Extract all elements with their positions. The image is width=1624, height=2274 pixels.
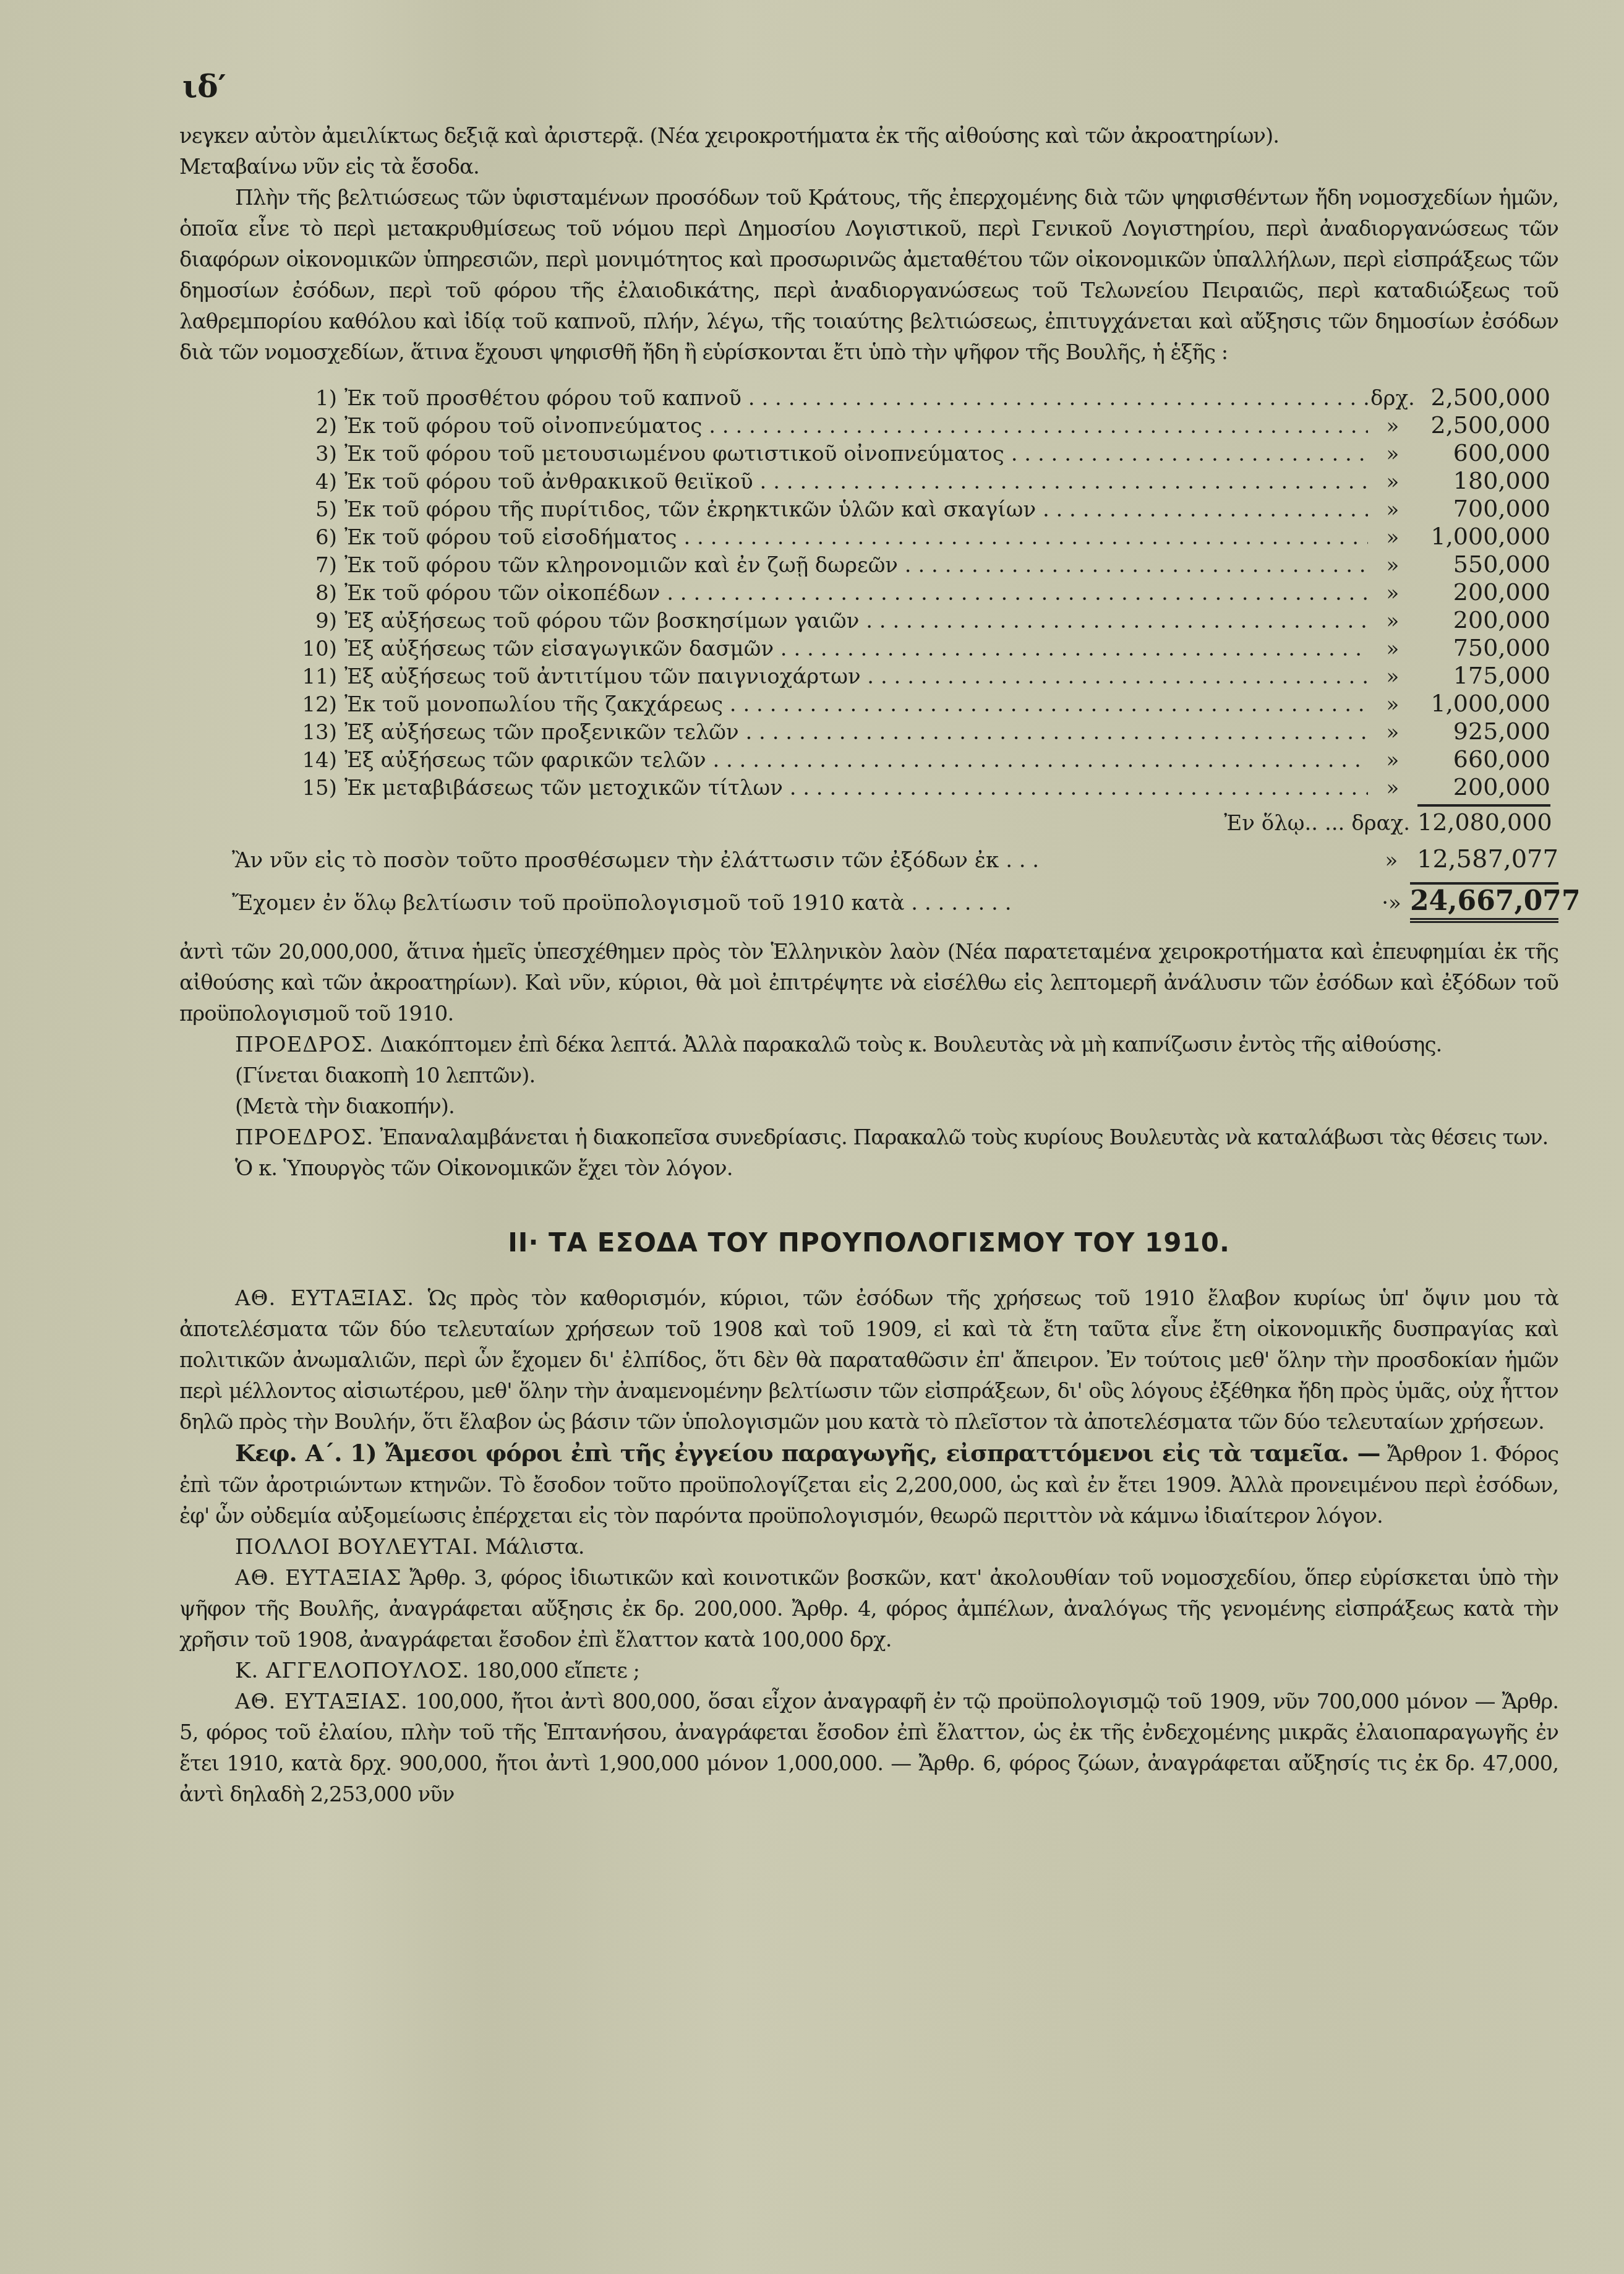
row-number: 3) [288, 439, 344, 470]
row-amount: 180,000 [1417, 465, 1550, 496]
row-unit: » [1368, 439, 1417, 470]
row-description: Ἐξ αὐξήσεως τοῦ ἀντιτίμου τῶν παιγνιοχάρ… [344, 661, 1368, 692]
table-row: 6)Ἐκ τοῦ φόρου τοῦ εἰσοδήματος»1,000,000 [288, 521, 1550, 549]
expense-reduction-row: Ἂν νῦν εἰς τὸ ποσὸν τοῦτο προσθέσωμεν τὴ… [232, 844, 1558, 882]
row-amount: 925,000 [1417, 716, 1550, 747]
body-paragraph-1: ἀντὶ τῶν 20,000,000, ἅτινα ἡμεῖς ὑπεσχέθ… [179, 937, 1558, 1029]
body-paragraph-3: (Γίνεται διακοπὴ 10 λεπτῶν). [179, 1060, 1558, 1091]
expense-reduction-amount: 12,587,077 [1410, 844, 1558, 875]
speech-text: Διακόπτομεν ἐπὶ δέκα λεπτά. Ἀλλὰ παρακαλ… [380, 1032, 1442, 1057]
row-amount: 200,000 [1417, 577, 1550, 607]
row-amount: 1,000,000 [1417, 688, 1550, 719]
speaker-name: ΠΟΛΛΟΙ ΒΟΥΛΕΥΤΑΙ. [235, 1535, 479, 1560]
row-unit: » [1368, 773, 1417, 804]
intro-line-2: Μεταβαίνω νῦν εἰς τὰ ἔσοδα. [179, 152, 1558, 182]
section-paragraph-1: ΑΘ. ΕΥΤΑΞΙΑΣ. Ὡς πρὸς τὸν καθορισμόν, κύ… [179, 1283, 1558, 1438]
section-paragraph-3: ΠΟΛΛΟΙ ΒΟΥΛΕΥΤΑΙ. Μάλιστα. [179, 1532, 1558, 1563]
row-description: Ἐκ τοῦ φόρου τῶν οἰκοπέδων [344, 578, 1368, 609]
table-row: 3)Ἐκ τοῦ φόρου τοῦ μετουσιωμένου φωτιστι… [288, 437, 1550, 465]
row-description: Ἐκ τοῦ φόρου τοῦ εἰσοδήματος [344, 522, 1368, 553]
table-row: 1)Ἐκ τοῦ προσθέτου φόρου τοῦ καπνοῦδρχ.2… [288, 382, 1550, 410]
row-description: Ἐξ αὐξήσεως τῶν προξενικῶν τελῶν [344, 717, 1368, 748]
row-unit: » [1368, 633, 1417, 664]
row-number: 9) [288, 606, 344, 637]
section-paragraph-4: ΑΘ. ΕΥΤΑΞΙΑΣ Ἄρθρ. 3, φόρος ἰδιωτικῶν κα… [179, 1563, 1558, 1655]
section-heading: II· ΤΑ ΕΣΟΔΑ ΤΟΥ ΠΡΟΥΠΟΛΟΓΙΣΜΟΥ ΤΟΥ 1910… [179, 1227, 1558, 1258]
table-row: 8)Ἐκ τοῦ φόρου τῶν οἰκοπέδων»200,000 [288, 577, 1550, 604]
row-amount: 550,000 [1417, 549, 1550, 580]
row-unit: » [1368, 522, 1417, 553]
section-paragraph-2: Κεφ. Α΄. 1) Ἄμεσοι φόροι ἐπὶ τῆς ἐγγείου… [179, 1438, 1558, 1532]
row-description: Ἐκ τοῦ φόρου τῶν κληρονομιῶν καὶ ἐν ζωῇ … [344, 550, 1368, 581]
row-unit: » [1368, 661, 1417, 692]
grand-total-amount: 24,667,077 [1410, 882, 1558, 923]
row-unit: » [1368, 466, 1417, 497]
row-unit: » [1368, 717, 1417, 748]
row-description: Ἐξ αὐξήσεως τῶν εἰσαγωγικῶν δασμῶν [344, 633, 1368, 664]
row-number: 6) [288, 522, 344, 553]
row-unit: » [1368, 578, 1417, 609]
row-description: Ἐκ τοῦ προσθέτου φόρου τοῦ καπνοῦ [344, 383, 1368, 414]
table-row: 12)Ἐκ τοῦ μονοπωλίου τῆς ζακχάρεως»1,000… [288, 688, 1550, 716]
row-amount: 200,000 [1417, 604, 1550, 635]
row-unit: » [1368, 494, 1417, 525]
speaker-name: ΑΘ. ΕΥΤΑΞΙΑΣ. [235, 1689, 408, 1714]
row-number: 14) [288, 745, 344, 776]
body-paragraph-4: (Μετὰ τὴν διακοπήν). [179, 1091, 1558, 1122]
document-body: νεγκεν αὐτὸν ἀμειλίκτως δεξιᾷ καὶ ἀριστε… [179, 121, 1558, 1810]
row-number: 5) [288, 494, 344, 525]
speaker-name: Κ. ΑΓΓΕΛΟΠΟΥΛΟΣ. [235, 1658, 469, 1683]
table-row: 9)Ἐξ αὐξήσεως τοῦ φόρου τῶν βοσκησίμων γ… [288, 604, 1550, 632]
speaker-name: ΠΡΟΕΔΡΟΣ. [235, 1125, 374, 1150]
row-amount: 660,000 [1417, 744, 1550, 774]
table-row: 2)Ἐκ τοῦ φόρου τοῦ οἰνοπνεύματος»2,500,0… [288, 410, 1550, 437]
row-description: Ἐκ μεταβιβάσεως τῶν μετοχικῶν τίτλων [344, 773, 1368, 804]
body-paragraph-5: ΠΡΟΕΔΡΟΣ. Ἐπαναλαμβάνεται ἡ διακοπεῖσα σ… [179, 1122, 1558, 1153]
section-paragraph-5: Κ. ΑΓΓΕΛΟΠΟΥΛΟΣ. 180,000 εἴπετε ; [179, 1655, 1558, 1686]
table-row: 11)Ἐξ αὐξήσεως τοῦ ἀντιτίμου τῶν παιγνιο… [288, 660, 1550, 688]
section-paragraph-6: ΑΘ. ΕΥΤΑΞΙΑΣ. 100,000, ἤτοι ἀντὶ 800,000… [179, 1686, 1558, 1810]
page-number: ιδ′ [182, 68, 226, 105]
grand-total-row: Ἔχομεν ἐν ὅλῳ βελτίωσιν τοῦ προϋπολογισμ… [232, 882, 1558, 920]
body-paragraph-6: Ὁ κ. Ὑπουργὸς τῶν Οἰκονομικῶν ἔχει τὸν λ… [179, 1153, 1558, 1184]
speaker-name: ΠΡΟΕΔΡΟΣ. [235, 1032, 374, 1057]
intro-line-1: νεγκεν αὐτὸν ἀμειλίκτως δεξιᾷ καὶ ἀριστε… [179, 121, 1558, 152]
speech-text: 180,000 εἴπετε ; [476, 1658, 639, 1683]
speaker-name: ΑΘ. ΕΥΤΑΞΙΑΣ. [235, 1286, 414, 1311]
row-unit: » [1368, 606, 1417, 637]
intro-paragraph: Πλὴν τῆς βελτιώσεως τῶν ὑφισταμένων προσ… [179, 182, 1558, 368]
row-amount: 175,000 [1417, 660, 1550, 691]
row-number: 10) [288, 633, 344, 664]
expense-reduction-label: Ἂν νῦν εἰς τὸ ποσὸν τοῦτο προσθέσωμεν τὴ… [232, 845, 1373, 876]
table-row: 7)Ἐκ τοῦ φόρου τῶν κληρονομιῶν καὶ ἐν ζω… [288, 549, 1550, 577]
table-row: 13)Ἐξ αὐξήσεως τῶν προξενικῶν τελῶν»925,… [288, 716, 1550, 744]
speaker-name: ΑΘ. ΕΥΤΑΞΙΑΣ [235, 1566, 401, 1590]
row-unit: » [1368, 550, 1417, 581]
row-description: Ἐκ τοῦ φόρου τοῦ μετουσιωμένου φωτιστικο… [344, 439, 1368, 470]
total-row: Ἐν ὅλῳ.. ... δραχ. 12,080,000 [288, 807, 1550, 844]
speech-text: Ἐπαναλαμβάνεται ἡ διακοπεῖσα συνεδρίασις… [380, 1125, 1548, 1150]
total-amount: 12,080,000 [1417, 807, 1550, 838]
table-row: 15)Ἐκ μεταβιβάσεως τῶν μετοχικῶν τίτλων»… [288, 771, 1550, 799]
row-number: 1) [288, 383, 344, 414]
row-amount: 700,000 [1417, 493, 1550, 524]
row-number: 7) [288, 550, 344, 581]
row-description: Ἐκ τοῦ μονοπωλίου τῆς ζακχάρεως [344, 689, 1368, 720]
speech-text: Μάλιστα. [485, 1535, 584, 1560]
row-unit: » [1368, 689, 1417, 720]
row-number: 2) [288, 411, 344, 442]
row-amount: 2,500,000 [1417, 382, 1550, 413]
row-description: Ἐκ τοῦ φόρου τοῦ οἰνοπνεύματος [344, 411, 1368, 442]
row-number: 11) [288, 661, 344, 692]
row-number: 4) [288, 466, 344, 497]
row-description: Ἐξ αὐξήσεως τῶν φαρικῶν τελῶν [344, 745, 1368, 776]
row-number: 8) [288, 578, 344, 609]
row-number: 12) [288, 689, 344, 720]
table-row: 4)Ἐκ τοῦ φόρου τοῦ ἀνθρακικοῦ θειϊκοῦ»18… [288, 465, 1550, 493]
body-paragraph-2: ΠΡΟΕΔΡΟΣ. Διακόπτομεν ἐπὶ δέκα λεπτά. Ἀλ… [179, 1029, 1558, 1060]
grand-total-label: Ἔχομεν ἐν ὅλῳ βελτίωσιν τοῦ προϋπολογισμ… [232, 888, 1373, 919]
row-description: Ἐξ αὐξήσεως τοῦ φόρου τῶν βοσκησίμων γαι… [344, 606, 1368, 637]
row-unit: » [1368, 745, 1417, 776]
row-unit: » [1368, 411, 1417, 442]
revenue-table: 1)Ἐκ τοῦ προσθέτου φόρου τοῦ καπνοῦδρχ.2… [288, 382, 1550, 844]
table-row: 14)Ἐξ αὐξήσεως τῶν φαρικῶν τελῶν»660,000 [288, 744, 1550, 771]
row-description: Ἐκ τοῦ φόρου τῆς πυρίτιδος, τῶν ἐκρηκτικ… [344, 494, 1368, 525]
row-unit: δρχ. [1368, 383, 1417, 414]
grand-total-unit: ·» [1373, 888, 1410, 919]
row-number: 15) [288, 773, 344, 804]
expense-reduction-unit: » [1373, 845, 1410, 876]
total-label: Ἐν ὅλῳ.. ... δραχ. [1224, 808, 1410, 839]
row-amount: 1,000,000 [1417, 521, 1550, 552]
row-amount: 2,500,000 [1417, 410, 1550, 440]
row-amount: 750,000 [1417, 632, 1550, 663]
row-amount: 600,000 [1417, 437, 1550, 468]
table-row: 5)Ἐκ τοῦ φόρου τῆς πυρίτιδος, τῶν ἐκρηκτ… [288, 493, 1550, 521]
row-number: 13) [288, 717, 344, 748]
table-row: 10)Ἐξ αὐξήσεως τῶν εἰσαγωγικῶν δασμῶν»75… [288, 632, 1550, 660]
row-description: Ἐκ τοῦ φόρου τοῦ ἀνθρακικοῦ θειϊκοῦ [344, 466, 1368, 497]
row-amount: 200,000 [1417, 771, 1550, 802]
chapter-heading: Κεφ. Α΄. 1) Ἄμεσοι φόροι ἐπὶ τῆς ἐγγείου… [235, 1439, 1380, 1467]
